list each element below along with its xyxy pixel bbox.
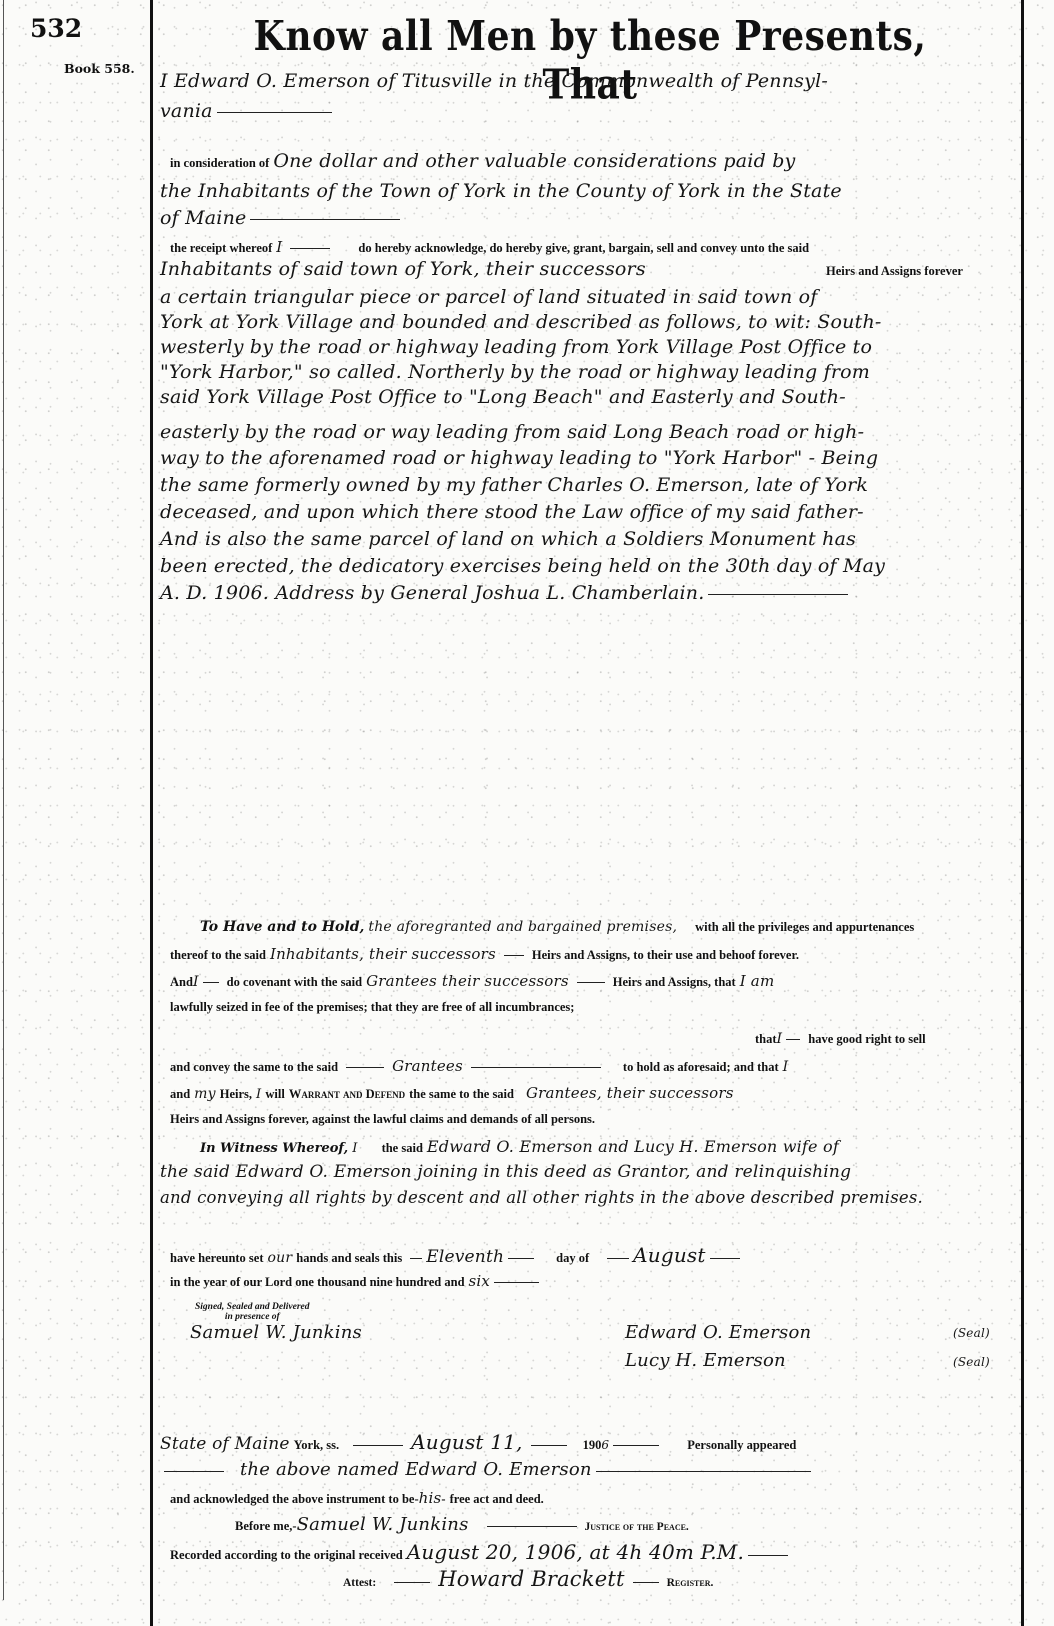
habendum-line-8: Heirs and Assigns forever, against the l… xyxy=(170,1112,595,1127)
ack-state: State of Maine xyxy=(160,1434,290,1454)
habendum-party-5: I xyxy=(256,1087,261,1102)
ack-text-end: free act and deed. xyxy=(450,1492,544,1506)
grantor-signature-1: Edward O. Emerson xyxy=(625,1322,811,1343)
execution-text-4: in the year of our Lord one thousand nin… xyxy=(170,1275,465,1289)
habendum-text-7b: Heirs, xyxy=(220,1087,252,1101)
execution-line-2: in the year of our Lord one thousand nin… xyxy=(170,1272,543,1291)
execution-line-1: have hereunto set our hands and seals th… xyxy=(170,1243,744,1267)
blank-line xyxy=(596,1471,811,1472)
habendum-text-5a: that xyxy=(755,1032,777,1046)
ack-year-prefix: 190 xyxy=(583,1438,602,1452)
habendum-line-5: thatI have good right to sell xyxy=(755,1030,926,1048)
witness-line-1: In Witness Whereof, I the said Edward O.… xyxy=(200,1137,839,1157)
habendum-line-4: lawfully seized in fee of the premises; … xyxy=(170,1000,574,1015)
blank-line xyxy=(250,219,400,220)
blank-line xyxy=(217,112,332,113)
ack-his: his xyxy=(419,1489,442,1507)
blank-line xyxy=(346,1067,384,1068)
seal-1: (Seal) xyxy=(953,1326,990,1340)
acknowledgment-line-1: State of Maine York, ss. August 11, 1906… xyxy=(160,1430,796,1454)
habendum-party-3: I xyxy=(777,1031,783,1047)
warrant-and-defend: Warrant and Defend xyxy=(289,1087,405,1101)
blank-line xyxy=(487,1526,577,1527)
register-signature: Howard Brackett xyxy=(438,1567,624,1591)
witness-label: In Witness Whereof, xyxy=(200,1141,348,1156)
habendum-line-2: thereof to the said Inhabitants, their s… xyxy=(170,945,799,964)
page-edge xyxy=(3,0,4,1600)
habendum-text-7d: the same to the said xyxy=(409,1087,514,1101)
page-number: 532 xyxy=(30,14,82,43)
consideration-line-3: of Maine xyxy=(160,207,404,229)
consideration-label: in consideration of xyxy=(170,156,269,170)
description-line: a certain triangular piece or parcel of … xyxy=(160,286,818,308)
consideration-line-1: in consideration of One dollar and other… xyxy=(170,150,796,172)
habendum-line-1: To Have and to Hold, the aforegranted an… xyxy=(200,918,914,936)
habendum-text-6a: and convey the same to the said xyxy=(170,1060,338,1074)
recording-value: August 20, 1906, at 4h 40m P.M. xyxy=(407,1540,744,1564)
habendum-line-6: and convey the same to the said Grantees… xyxy=(170,1057,788,1076)
blank-line xyxy=(710,1258,740,1259)
habendum-my: my xyxy=(194,1086,216,1102)
ack-county: York, ss. xyxy=(294,1438,340,1452)
habendum-party: I xyxy=(193,974,199,990)
blank-line xyxy=(203,982,219,983)
consideration-text-1: One dollar and other valuable considerat… xyxy=(273,150,795,172)
receipt-label: the receipt whereof xyxy=(170,241,272,255)
blank-line xyxy=(410,1258,422,1259)
execution-day: Eleventh xyxy=(426,1247,504,1267)
execution-text-3: day of xyxy=(556,1251,589,1265)
grantor-line-2-text: vania xyxy=(160,100,213,122)
witness-text-1: Edward O. Emerson and Lucy H. Emerson wi… xyxy=(427,1137,839,1156)
habendum-text-7c: will xyxy=(265,1087,284,1101)
recording-line-2: Attest: Howard Brackett Register. xyxy=(343,1567,713,1591)
recording-line-1: Recorded according to the original recei… xyxy=(170,1540,792,1564)
blank-line xyxy=(708,594,848,595)
habendum-text-3a: And xyxy=(170,975,193,989)
blank-line xyxy=(353,1445,403,1446)
grantor-signature-2: Lucy H. Emerson xyxy=(625,1350,786,1371)
witness-signature: Samuel W. Junkins xyxy=(190,1322,362,1343)
acknowledgment-line-4: Before me,-Samuel W. Junkins Justice of … xyxy=(235,1514,689,1535)
margin-rule-left xyxy=(150,0,153,1626)
blank-line xyxy=(633,1582,659,1583)
receipt-grantee: Inhabitants of said town of York, their … xyxy=(160,258,646,280)
blank-line xyxy=(786,1039,800,1040)
register-title: Register. xyxy=(667,1577,714,1589)
blank-line xyxy=(577,982,605,983)
description-text: A. D. 1906. Address by General Joshua L.… xyxy=(160,582,704,604)
habendum-am: I am xyxy=(740,972,775,990)
acknowledgment-line-3: and acknowledged the above instrument to… xyxy=(170,1489,544,1508)
receipt-text: do hereby acknowledge, do hereby give, g… xyxy=(358,241,809,255)
blank-line xyxy=(531,1445,567,1446)
description-line: York at York Village and bounded and des… xyxy=(160,311,882,333)
blank-line xyxy=(164,1471,224,1472)
description-line: easterly by the road or way leading from… xyxy=(160,421,864,443)
description-line: way to the aforenamed road or highway le… xyxy=(160,447,878,469)
description-line: "York Harbor," so called. Northerly by t… xyxy=(160,361,870,383)
description-line: said York Village Post Office to "Long B… xyxy=(160,386,846,408)
habendum-grantee-2: Grantees their successors xyxy=(366,972,569,990)
habendum-grantee-4: Grantees, their successors xyxy=(526,1084,734,1102)
habendum-label: To Have and to Hold, xyxy=(200,919,364,935)
receipt-line: the receipt whereof I do hereby acknowle… xyxy=(170,238,809,257)
signed-label: Signed, Sealed and Delivered in presence… xyxy=(195,1302,310,1322)
description-line: westerly by the road or highway leading … xyxy=(160,336,872,358)
blank-line xyxy=(494,1282,539,1283)
habendum-grantee: Inhabitants, their successors xyxy=(270,945,496,963)
habendum-party-4: I xyxy=(783,1059,789,1075)
margin-rule-right xyxy=(1021,0,1024,1626)
habendum-text-5b: have good right to sell xyxy=(808,1032,925,1046)
recording-label: Recorded according to the original recei… xyxy=(170,1548,403,1562)
blank-line xyxy=(508,1258,534,1259)
ack-appeared: Personally appeared xyxy=(687,1438,796,1452)
witness-line-2: the said Edward O. Emerson joining in th… xyxy=(160,1162,851,1182)
consideration-line-2: the Inhabitants of the Town of York in t… xyxy=(160,180,842,202)
signed-label-2: in presence of xyxy=(195,1312,310,1322)
habendum-text-7a: and xyxy=(170,1087,190,1101)
justice-title: Justice of the Peace. xyxy=(585,1521,689,1533)
habendum-premises: the aforegranted and bargained premises, xyxy=(368,919,677,935)
description-line: deceased, and upon which there stood the… xyxy=(160,501,864,523)
signed-label-1: Signed, Sealed and Delivered xyxy=(195,1302,310,1312)
habendum-line-7: and my Heirs, I will Warrant and Defend … xyxy=(170,1084,734,1103)
justice-signature: Samuel W. Junkins xyxy=(297,1514,469,1535)
attest-label: Attest: xyxy=(343,1577,376,1589)
habendum-grantee-3: Grantees xyxy=(392,1057,463,1075)
blank-line xyxy=(607,1258,629,1259)
blank-line xyxy=(748,1555,788,1556)
description-line: And is also the same parcel of land on w… xyxy=(160,528,856,550)
execution-text-1: have hereunto set xyxy=(170,1251,264,1265)
ack-named: the above named Edward O. Emerson xyxy=(240,1459,592,1480)
description-line-last: A. D. 1906. Address by General Joshua L.… xyxy=(160,582,852,604)
habendum-text-6b: to hold as aforesaid; and that xyxy=(623,1060,779,1074)
receipt-heirs: Heirs and Assigns forever xyxy=(826,264,963,279)
execution-text-2: hands and seals this xyxy=(296,1251,402,1265)
document-title: Know all Men by these Presents, That xyxy=(240,12,940,109)
seal-2: (Seal) xyxy=(953,1355,990,1369)
blank-line xyxy=(504,955,524,956)
consideration-text-3: of Maine xyxy=(160,207,246,229)
habendum-text-2a: thereof to the said xyxy=(170,948,266,962)
witness-party: I xyxy=(352,1141,357,1156)
ack-text: and acknowledged the above instrument to… xyxy=(170,1492,414,1506)
habendum-text-2b: Heirs and Assigns, to their use and beho… xyxy=(532,948,799,962)
description-line: the same formerly owned by my father Cha… xyxy=(160,474,868,496)
book-number: Book 558. xyxy=(64,61,135,76)
blank-line xyxy=(613,1445,659,1446)
execution-year: six xyxy=(469,1272,491,1290)
ack-year-suffix: 6 xyxy=(601,1438,609,1452)
execution-month: August xyxy=(633,1243,706,1267)
habendum-text-3c: Heirs and Assigns, that xyxy=(613,975,736,989)
habendum-line-3: AndI do covenant with the said Grantees … xyxy=(170,972,774,991)
witness-line-3: and conveying all rights by descent and … xyxy=(160,1188,923,1207)
grantor-line-2: vania xyxy=(160,100,336,122)
witness-text-a: the said xyxy=(382,1141,423,1155)
acknowledgment-line-2: the above named Edward O. Emerson xyxy=(160,1459,815,1480)
execution-our: our xyxy=(268,1250,293,1266)
blank-line xyxy=(471,1067,601,1068)
ack-date: August 11, xyxy=(411,1430,522,1454)
ack-before: Before me, xyxy=(235,1519,292,1533)
blank-line xyxy=(394,1582,430,1583)
habendum-text-3b: do covenant with the said xyxy=(227,975,362,989)
habendum-text-1: with all the privileges and appurtenance… xyxy=(695,920,914,934)
receipt-party: I xyxy=(276,238,282,256)
grantor-line-1: I Edward O. Emerson of Titusville in the… xyxy=(160,70,828,92)
blank-line xyxy=(290,248,330,249)
description-line: been erected, the dedicatory exercises b… xyxy=(160,555,885,577)
